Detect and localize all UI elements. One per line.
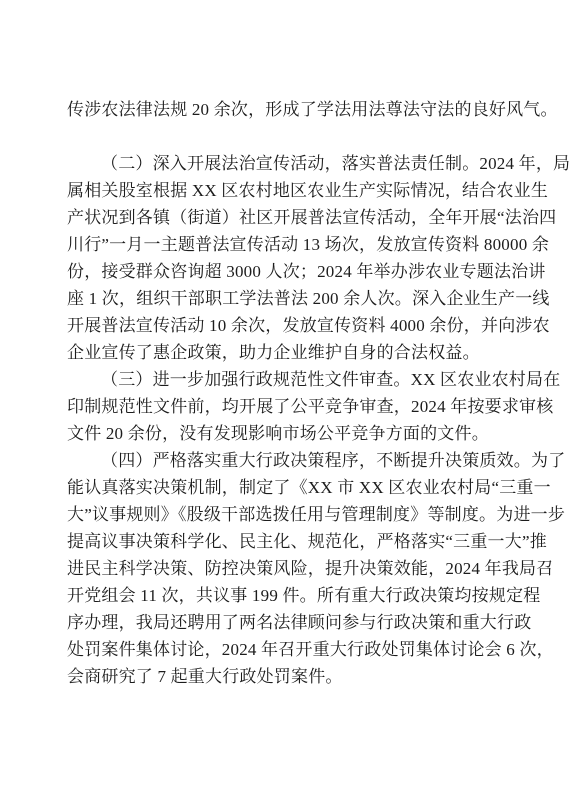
text-line: 大”议事规则》《股级干部选拨任用与管理制度》等制度。为进一步 bbox=[67, 501, 508, 528]
text-line: 提高议事决策科学化、民主化、规范化，严格落实“三重一大”推 bbox=[67, 528, 508, 555]
text-line: 处罚案件集体讨论，2024 年召开重大行政处罚集体讨论会 6 次， bbox=[67, 636, 508, 663]
text-line: 传涉农法律法规 20 余次，形成了学法用法尊法守法的良好风气。 bbox=[67, 96, 508, 123]
text-line: 印制规范性文件前，均开展了公平竞争审查，2024 年按要求审核 bbox=[67, 393, 508, 420]
text-line: 企业宣传了惠企政策，助力企业维护自身的合法权益。 bbox=[67, 339, 508, 366]
text-line: 座 1 次，组织干部职工学法普法 200 余人次。深入企业生产一线 bbox=[67, 285, 508, 312]
document-page: 传涉农法律法规 20 余次，形成了学法用法尊法守法的良好风气。 （二）深入开展法… bbox=[0, 0, 570, 807]
text-line: 属相关股室根据 XX 区农村地区农业生产实际情况，结合农业生 bbox=[67, 177, 508, 204]
text-line: 份，接受群众咨询超 3000 人次；2024 年举办涉农业专题法治讲 bbox=[67, 258, 508, 285]
document-text-block: 传涉农法律法规 20 余次，形成了学法用法尊法守法的良好风气。 （二）深入开展法… bbox=[67, 96, 508, 690]
paragraph-start-line: （四）严格落实重大行政决策程序，不断提升决策质效。为了 bbox=[67, 447, 508, 474]
text-line: 序办理，我局还聘用了两名法律顾问参与行政决策和重大行政 bbox=[67, 609, 508, 636]
text-line: 川行”一月一主题普法宣传活动 13 场次，发放宣传资料 80000 余 bbox=[67, 231, 508, 258]
text-line: 进民主科学决策、防控决策风险，提升决策效能，2024 年我局召 bbox=[67, 555, 508, 582]
paragraph-start-line: （二）深入开展法治宣传活动，落实普法责任制。2024 年，局 bbox=[67, 150, 508, 177]
text-line: 能认真落实决策机制，制定了《XX 市 XX 区农业农村局“三重一 bbox=[67, 474, 508, 501]
paragraph-start-line: （三）进一步加强行政规范性文件审查。XX 区农业农村局在 bbox=[67, 366, 508, 393]
text-line: 会商研究了 7 起重大行政处罚案件。 bbox=[67, 663, 508, 690]
text-line: 开展普法宣传活动 10 余次，发放宣传资料 4000 余份，并向涉农 bbox=[67, 312, 508, 339]
text-line: 产状况到各镇（街道）社区开展普法宣传活动，全年开展“法治四 bbox=[67, 204, 508, 231]
text-line: 文件 20 余份，没有发现影响市场公平竞争方面的文件。 bbox=[67, 420, 508, 447]
blank-line bbox=[67, 123, 508, 150]
text-line: 开党组会 11 次，共议事 199 件。所有重大行政决策均按规定程 bbox=[67, 582, 508, 609]
